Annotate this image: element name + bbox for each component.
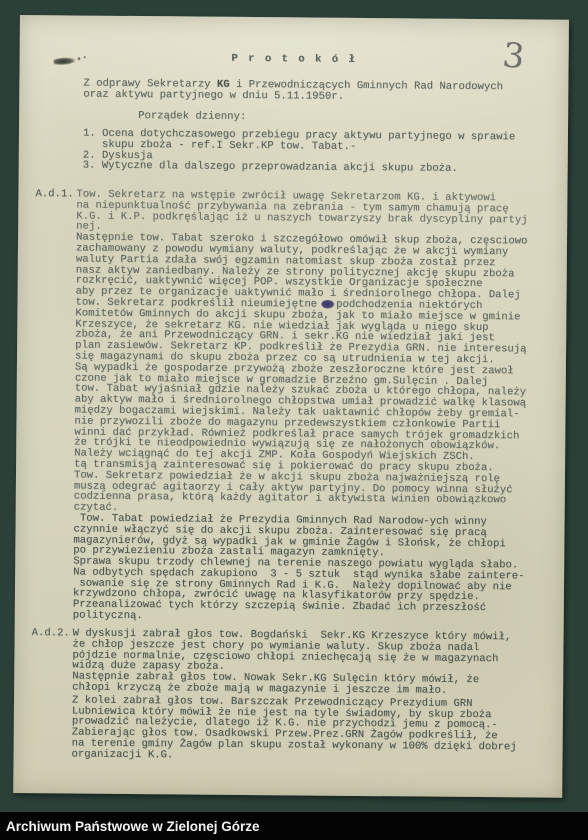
section-ad1-body: Tow. Sekretarz na wstępie zwrócił uwagę …	[73, 189, 568, 625]
document-title: P r o t o k ó ł	[20, 52, 569, 68]
document-page: 3 P r o t o k ó ł Z odprawy Sekretarzy K…	[13, 15, 569, 798]
paragraph-discussion-barszczak-osadkowski: Z kolei zabrał głos tow. Barszczak Przew…	[72, 695, 564, 764]
section-ad2-body: W dyskusji zabrał głos tow. Bogdański Se…	[72, 628, 564, 764]
agenda-list: 1. Ocena dotychczasowego przebiegu pracy…	[83, 129, 516, 176]
scan-background: 3 P r o t o k ó ł Z odprawy Sekretarzy K…	[0, 0, 588, 840]
section-ad2-label: A.d.2.	[14, 628, 73, 760]
paragraph-tabat-report: Następnie tow. Tabat szeroko i szczegóło…	[74, 233, 567, 518]
section-ad1-label: A.d.1.	[15, 189, 77, 621]
agenda-heading: Porządek dzienny:	[138, 111, 246, 123]
paragraph-opening-remarks: Tow. Sekretarz na wstępie zwrócił uwagę …	[76, 189, 567, 236]
section-ad1: A.d.1. Tow. Sekretarz na wstępie zwrócił…	[15, 189, 568, 626]
archive-bar: Archiwum Państwowe w Zielonej Górze	[0, 812, 588, 840]
archive-bar-label: Archiwum Państwowe w Zielonej Górze	[0, 819, 260, 834]
paragraph-discussion-bogdanski-nowak: W dyskusji zabrał głos tow. Bogdański Se…	[72, 628, 564, 697]
section-ad2: A.d.2. W dyskusji zabrał głos tow. Bogda…	[14, 628, 564, 764]
document-subtitle: Z odprawy Sekretarzy KG i Przewodniczący…	[83, 79, 503, 104]
paragraph-grain-purchase: Tow. Tabat powiedział że Prezydia Gminny…	[73, 513, 565, 625]
ink-blot	[321, 300, 334, 309]
